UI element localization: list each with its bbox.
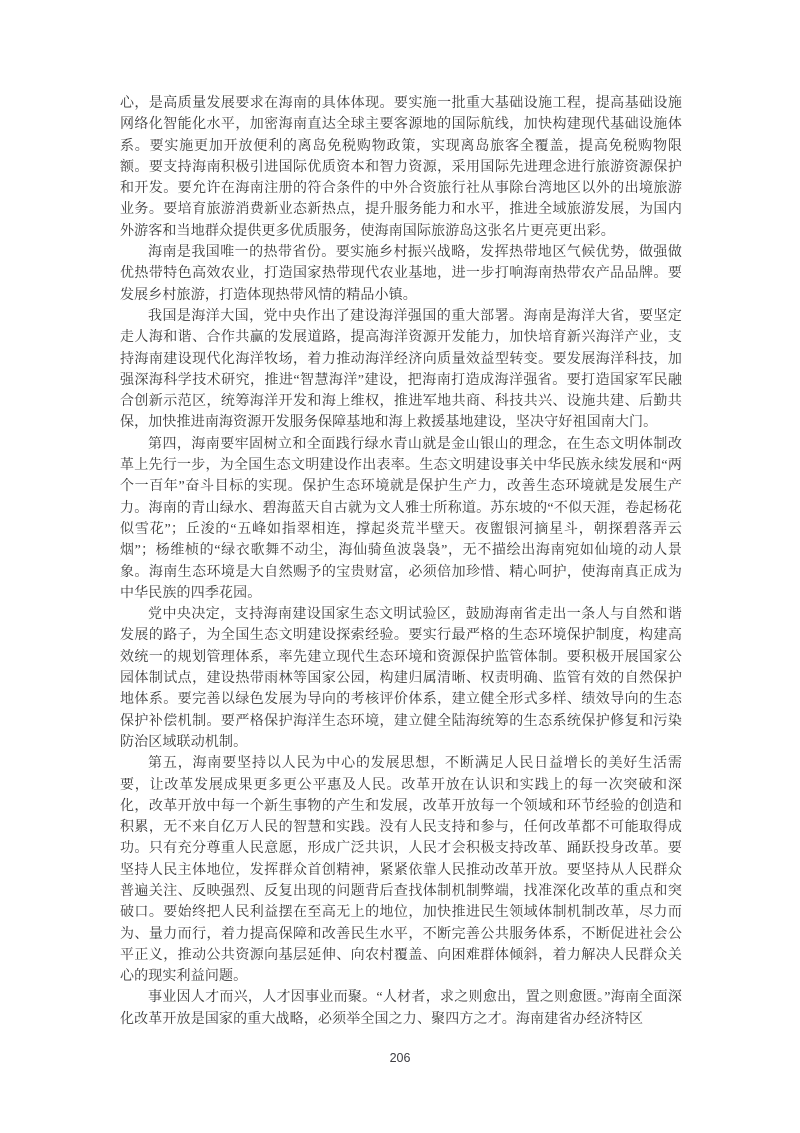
- paragraph-1: 心，是高质量发展要求在海南的具体体现。要实施一批重大基础设施工程，提高基础设施网…: [120, 93, 682, 242]
- paragraph-2: 海南是我国唯一的热带省份。要实施乡村振兴战略，发挥热带地区气候优势，做强做优热带…: [120, 242, 682, 306]
- paragraph-7: 事业因人才而兴，人才因事业而聚。“人材者，求之则愈出，置之则愈匮。”海南全面深化…: [120, 987, 682, 1030]
- paragraph-3: 我国是海洋大国，党中央作出了建设海洋强国的重大部署。海南是海洋大省，要坚定走人海…: [120, 306, 682, 434]
- page-number: 206: [0, 1051, 800, 1065]
- paragraph-6: 第五，海南要坚持以人民为中心的发展思想，不断满足人民日益增长的美好生活需要，让改…: [120, 753, 682, 987]
- text-block: 心，是高质量发展要求在海南的具体体现。要实施一批重大基础设施工程，提高基础设施网…: [120, 93, 682, 1030]
- paragraph-5: 党中央决定，支持海南建设国家生态文明试验区，鼓励海南省走出一条人与自然和谐发展的…: [120, 604, 682, 753]
- document-page: 心，是高质量发展要求在海南的具体体现。要实施一批重大基础设施工程，提高基础设施网…: [0, 0, 800, 1133]
- paragraph-4: 第四，海南要牢固树立和全面践行绿水青山就是金山银山的理念，在生态文明体制改革上先…: [120, 434, 682, 604]
